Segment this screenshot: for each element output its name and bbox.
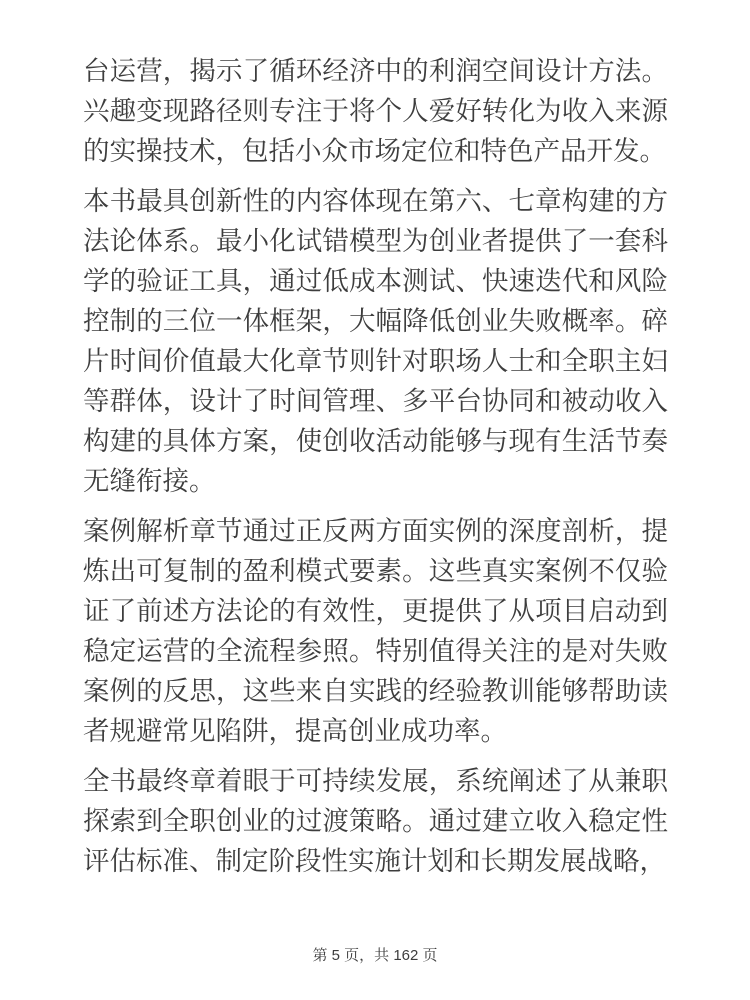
paragraph: 全书最终章着眼于可持续发展，系统阐述了从兼职探索到全职创业的过渡策略。通过建立收…: [83, 761, 668, 881]
document-body-text: 台运营，揭示了循环经济中的利润空间设计方法。兴趣变现路径则专注于将个人爱好转化为…: [83, 51, 668, 891]
text-line: 者规避常见陷阱，提高创业成功率。: [83, 711, 668, 751]
text-line: 片时间价值最大化章节则针对职场人士和全职主妇: [83, 341, 668, 381]
text-line: 学的验证工具，通过低成本测试、快速迭代和风险: [83, 261, 668, 301]
text-line: 全书最终章着眼于可持续发展，系统阐述了从兼职: [83, 761, 668, 801]
text-line: 评估标准、制定阶段性实施计划和长期发展战略，: [83, 841, 668, 881]
page-number-label: 第 5 页，共 162 页: [312, 947, 437, 964]
text-line: 等群体，设计了时间管理、多平台协同和被动收入: [83, 381, 668, 421]
text-line: 无缝衔接。: [83, 461, 668, 501]
text-line: 的实操技术，包括小众市场定位和特色产品开发。: [83, 131, 668, 171]
text-line: 炼出可复制的盈利模式要素。这些真实案例不仅验: [83, 551, 668, 591]
text-line: 法论体系。最小化试错模型为创业者提供了一套科: [83, 221, 668, 261]
document-page: 台运营，揭示了循环经济中的利润空间设计方法。兴趣变现路径则专注于将个人爱好转化为…: [0, 0, 750, 1000]
paragraph: 台运营，揭示了循环经济中的利润空间设计方法。兴趣变现路径则专注于将个人爱好转化为…: [83, 51, 668, 171]
text-line: 台运营，揭示了循环经济中的利润空间设计方法。: [83, 51, 668, 91]
text-line: 构建的具体方案，使创收活动能够与现有生活节奏: [83, 421, 668, 461]
paragraph: 本书最具创新性的内容体现在第六、七章构建的方法论体系。最小化试错模型为创业者提供…: [83, 181, 668, 501]
text-line: 案例的反思，这些来自实践的经验教训能够帮助读: [83, 671, 668, 711]
text-line: 控制的三位一体框架，大幅降低创业失败概率。碎: [83, 301, 668, 341]
text-line: 证了前述方法论的有效性，更提供了从项目启动到: [83, 591, 668, 631]
text-line: 兴趣变现路径则专注于将个人爱好转化为收入来源: [83, 91, 668, 131]
text-line: 本书最具创新性的内容体现在第六、七章构建的方: [83, 181, 668, 221]
page-number-footer: 第 5 页，共 162 页: [0, 946, 750, 965]
text-line: 案例解析章节通过正反两方面实例的深度剖析，提: [83, 511, 668, 551]
paragraph: 案例解析章节通过正反两方面实例的深度剖析，提炼出可复制的盈利模式要素。这些真实案…: [83, 511, 668, 751]
text-line: 探索到全职创业的过渡策略。通过建立收入稳定性: [83, 801, 668, 841]
text-line: 稳定运营的全流程参照。特别值得关注的是对失败: [83, 631, 668, 671]
